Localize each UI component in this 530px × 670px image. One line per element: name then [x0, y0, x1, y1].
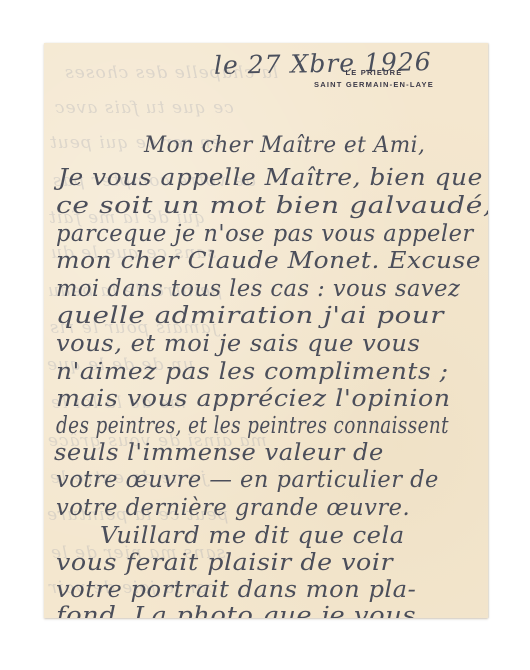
body-line: vous ferait plaisir de voir	[56, 550, 393, 576]
body-line: mon cher Claude Monet. Excuse	[56, 248, 481, 274]
body-line: seuls l'immense valeur de	[54, 440, 384, 466]
bleed-line: ce que tu fais avec	[54, 98, 234, 118]
body-line: parceque je n'ose pas vous appeler	[56, 221, 474, 247]
body-line: moi dans tous les cas : vous savez	[56, 276, 460, 302]
salutation: Mon cher Maître et Ami,	[144, 133, 425, 158]
body-line: mais vous appréciez l'opinion	[56, 386, 451, 412]
body-line: des peintres, et les peintres connaissen…	[56, 413, 449, 439]
body-line: fond. La photo que je vous	[56, 603, 416, 618]
body-line: n'aimez pas les compliments ;	[56, 359, 449, 385]
letter-paper: la chapelle des choses ce que tu fais av…	[44, 43, 488, 618]
body-line: votre portrait dans mon pla-	[56, 577, 416, 603]
letterhead-address: SAINT GERMAIN-EN-LAYE	[284, 80, 464, 89]
body-line: votre dernière grande œuvre.	[56, 495, 410, 521]
letterhead-name: LE PRIEURÉ	[284, 68, 464, 77]
body-line: Vuillard me dit que cela	[100, 523, 405, 549]
body-line: quelle admiration j'ai pour	[56, 303, 444, 329]
body-line: Je vous appelle Maître, bien que	[58, 165, 483, 191]
body-line: ce soit un mot bien galvaudé,	[56, 193, 488, 219]
body-line: votre œuvre — en particulier de	[56, 467, 439, 493]
body-line: vous, et moi je sais que vous	[56, 331, 420, 357]
